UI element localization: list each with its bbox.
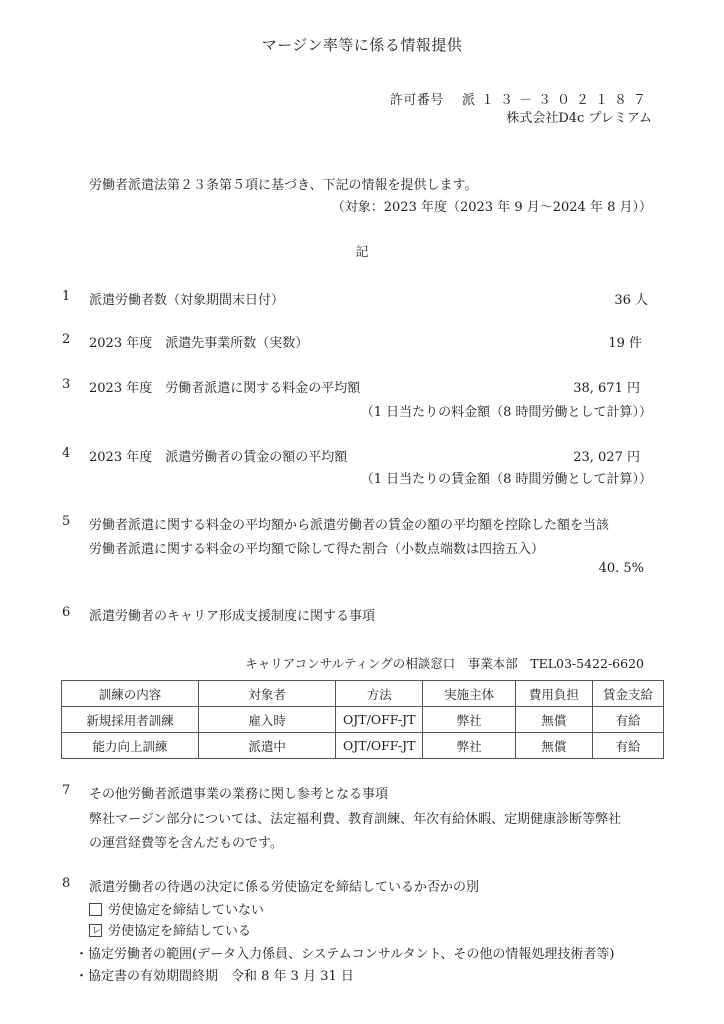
item-7-body-line1: 弊社マージン部分については、法定福利費、教育訓練、年次有給休暇、定期健康診断等弊… [89,808,621,827]
item-4-number: 4 [62,446,70,461]
cell: 有給 [592,707,663,733]
cell: 弊社 [423,733,515,759]
cell: OJT/OFF-JT [336,733,423,759]
item-3-label: 2023 年度 労働者派遣に関する料金の平均額 [89,377,360,396]
career-consulting-contact: キャリアコンサルティングの相談窓口 事業本部 TEL03-5422-6620 [245,654,644,672]
item-5-number: 5 [62,514,70,529]
item-8-number: 8 [62,876,70,891]
agreement-scope: ・協定労働者の範囲(データ入力係員、システムコンサルタント、その他の情報処理技術… [75,943,615,962]
item-5-label-line1: 労働者派遣に関する料金の平均額から派遣労働者の賃金の額の平均額を控除した額を当該 [89,514,609,533]
option-concluded[interactable]: レ労使協定を締結している [89,920,251,939]
item-2-label: 2023 年度 派遣先事業所数（実数） [89,332,308,351]
permit-label: 許可番号 [390,93,444,108]
permit-number-line: 許可番号 派１３－３０２１８７ [390,89,652,108]
cell: 派遣中 [199,733,336,759]
cell: 能力向上訓練 [62,733,199,759]
option-not-concluded-label: 労使協定を締結していない [108,903,264,918]
option-concluded-label: 労使協定を締結している [108,924,251,939]
item-2-number: 2 [62,332,70,347]
cell: 有給 [592,733,663,759]
option-not-concluded[interactable]: 労使協定を締結していない [89,899,264,918]
cell: 新規採用者訓練 [62,707,199,733]
item-5-value: 40. 5% [599,561,644,576]
permit-number: 派１３－３０２１８７ [462,93,652,108]
header-training-content: 訓練の内容 [62,681,199,707]
header-target: 対象者 [199,681,336,707]
header-method: 方法 [336,681,423,707]
item-6-label: 派遣労働者のキャリア形成支援制度に関する事項 [89,605,375,624]
document-title: マージン率等に係る情報提供 [0,34,724,55]
header-cost: 費用負担 [515,681,592,707]
item-8-label: 派遣労働者の待遇の決定に係る労使協定を締結しているか否かの別 [89,876,479,895]
intro-text: 労働者派遣法第２３条第５項に基づき、下記の情報を提供します。 [89,174,477,193]
item-1-number: 1 [62,289,70,304]
item-3-value: 38, 671 円 [573,377,640,396]
header-provider: 実施主体 [423,681,515,707]
table-header-row: 訓練の内容 対象者 方法 実施主体 費用負担 賃金支給 [62,681,664,707]
training-table: 訓練の内容 対象者 方法 実施主体 費用負担 賃金支給 新規採用者訓練 雇入時 … [61,680,664,759]
item-1-value: 36 人 [614,289,648,308]
cell: OJT/OFF-JT [336,707,423,733]
item-3-note: （1 日当たりの料金額（8 時間労働として計算）） [361,401,652,420]
item-7-number: 7 [62,783,70,798]
header-wage: 賃金支給 [592,681,663,707]
table-row: 能力向上訓練 派遣中 OJT/OFF-JT 弊社 無償 有給 [62,733,664,759]
table-row: 新規採用者訓練 雇入時 OJT/OFF-JT 弊社 無償 有給 [62,707,664,733]
item-4-value: 23, 027 円 [573,446,640,465]
item-1-label: 派遣労働者数（対象期間末日付） [89,289,284,308]
cell: 雇入時 [199,707,336,733]
item-4-label: 2023 年度 派遣労働者の賃金の額の平均額 [89,446,347,465]
cell: 無償 [515,707,592,733]
agreement-expiry: ・協定書の有効期間終期 令和 8 年 3 月 31 日 [75,965,354,984]
checkbox-unchecked-icon[interactable] [89,903,102,916]
item-2-value: 19 件 [608,332,642,351]
item-5-label-line2: 労働者派遣に関する料金の平均額で除して得た割合（小数点端数は四捨五入） [89,538,544,557]
item-4-note: （1 日当たりの賃金額（8 時間労働として計算）） [361,468,652,487]
item-6-number: 6 [62,605,70,620]
company-name: 株式会社D4c プレミアム [506,107,652,126]
item-3-number: 3 [62,377,70,392]
item-7-label: その他労働者派遣事業の業務に関し参考となる事項 [89,783,388,802]
cell: 弊社 [423,707,515,733]
check-mark-icon: レ [92,925,101,937]
cell: 無償 [515,733,592,759]
target-period: （対象：2023 年度（2023 年 9 月～2024 年 8 月）） [332,196,652,215]
checkbox-checked-icon[interactable]: レ [89,924,102,937]
ki-heading: 記 [0,241,724,260]
item-7-body-line2: の運営経費等を含んだものです。 [89,832,283,851]
